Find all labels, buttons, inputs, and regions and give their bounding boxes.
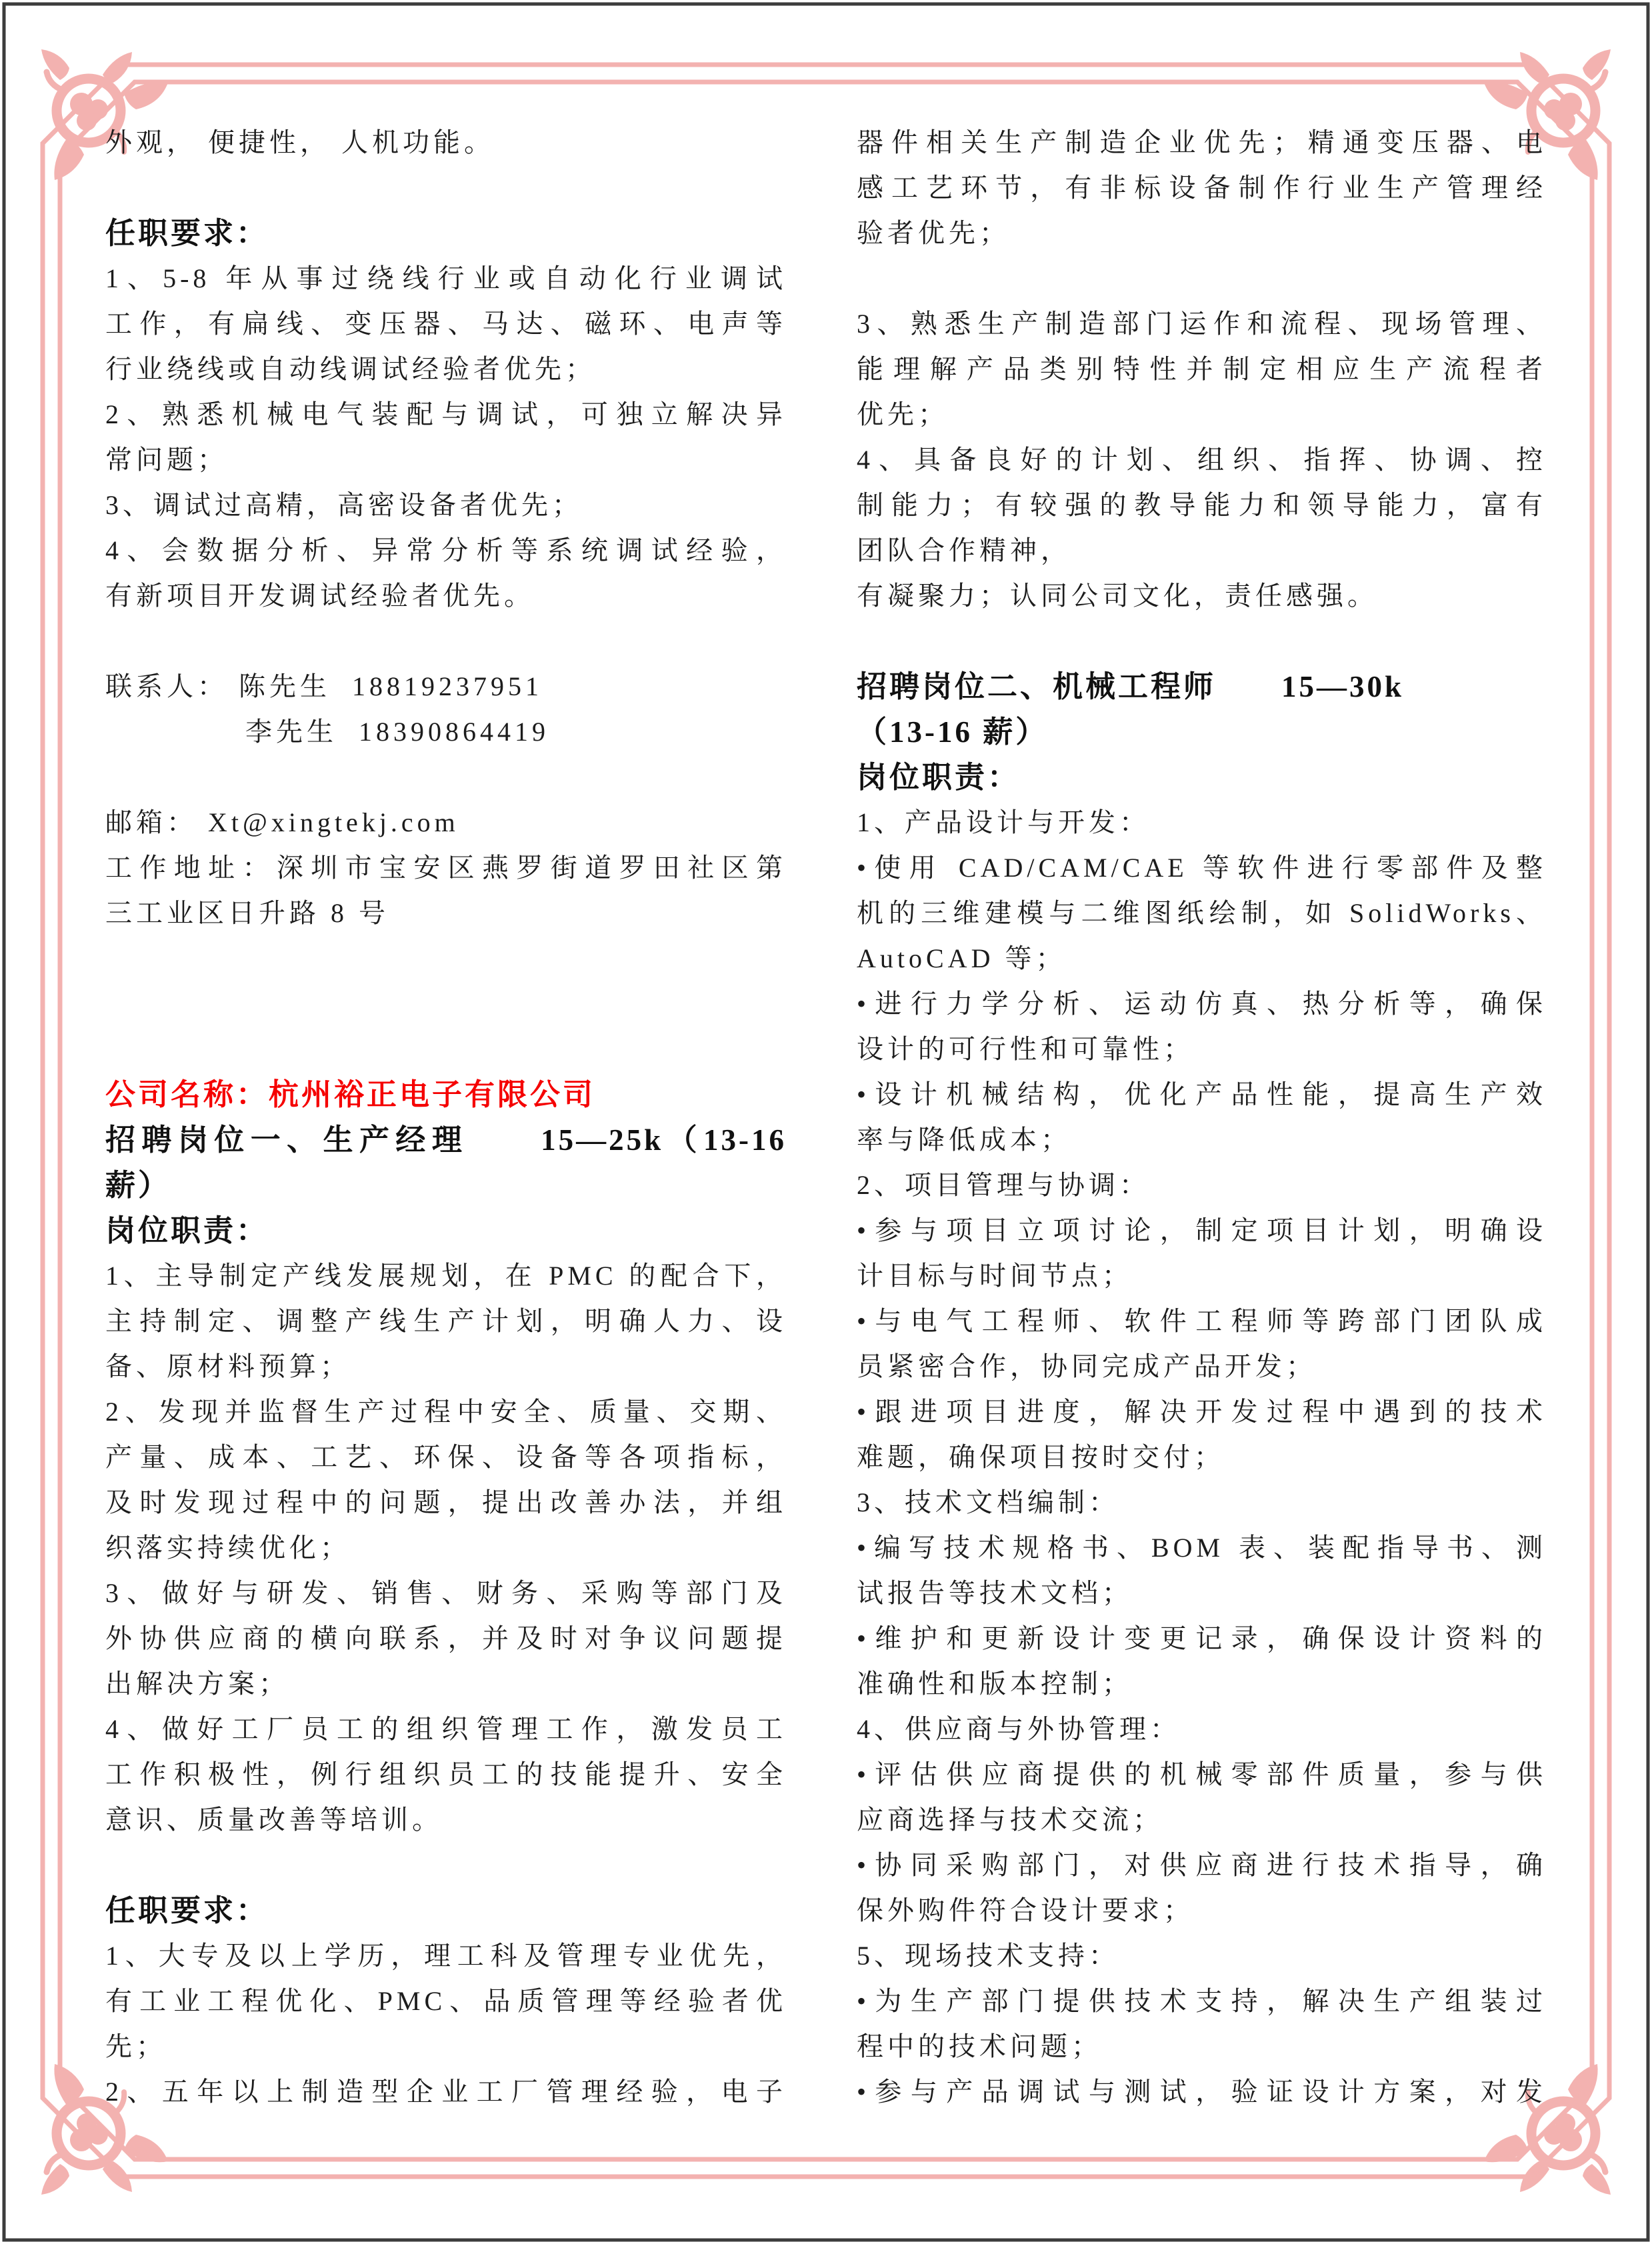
text-line: 4、做好工厂员工的组织管理工作，激发员工 (105, 1707, 787, 1752)
text-line: 招聘岗位二、机械工程师 15—30k (857, 664, 1547, 709)
text-line: •编写技术规格书、BOM 表、装配指导书、测 (857, 1525, 1547, 1571)
document-page: 外观， 便捷性， 人机功能。 任职要求：1、5-8 年从事过绕线行业或自动化行业… (0, 0, 1652, 2244)
text-line: 联系人： 陈先生 18819237951 (105, 664, 787, 709)
text-line: 4、具备良好的计划、组织、指挥、协调、控 (857, 437, 1547, 483)
text-line: •维护和更新设计变更记录，确保设计资料的 (857, 1616, 1547, 1661)
text-line: •为生产部门提供技术支持，解决生产组装过 (857, 1979, 1547, 2024)
blank-line (857, 256, 1547, 301)
blank-line (105, 755, 787, 800)
text-line: •与电气工程师、软件工程师等跨部门团队成 (857, 1299, 1547, 1344)
text-line: 产量、成本、工艺、环保、设备等各项指标， (105, 1435, 787, 1480)
text-line: 难题，确保项目按时交付； (857, 1435, 1547, 1480)
text-line: 行业绕线或自动线调试经验者优先； (105, 347, 787, 392)
text-line: 器件相关生产制造企业优先；精通变压器、电 (857, 120, 1547, 165)
text-line: •评估供应商提供的机械零部件质量，参与供 (857, 1752, 1547, 1797)
blank-line (105, 165, 787, 211)
text-line: 4、会数据分析、异常分析等系统调试经验， (105, 528, 787, 573)
blank-line (105, 936, 787, 981)
text-line: 3、做好与研发、销售、财务、采购等部门及 (105, 1571, 787, 1616)
text-line: 3、调试过高精，高密设备者优先； (105, 483, 787, 528)
text-line: 常问题； (105, 437, 787, 483)
text-line: 岗位职责： (857, 755, 1547, 800)
text-line: 率与降低成本； (857, 1117, 1547, 1163)
text-line: •进行力学分析、运动仿真、热分析等，确保 (857, 981, 1547, 1027)
text-line: 出解决方案； (105, 1661, 787, 1707)
text-line: AutoCAD 等； (857, 936, 1547, 981)
text-line: 岗位职责： (105, 1208, 787, 1253)
text-line: 程中的技术问题； (857, 2024, 1547, 2069)
text-line: 员紧密合作，协同完成产品开发； (857, 1344, 1547, 1389)
blank-line (105, 1027, 787, 1072)
right-column: 器件相关生产制造企业优先；精通变压器、电感工艺环节，有非标设备制作行业生产管理经… (857, 120, 1547, 2115)
text-line: 工作地址：深圳市宝安区燕罗街道罗田社区第 (105, 845, 787, 891)
text-line: （13-16 薪） (857, 709, 1547, 755)
blank-line (105, 981, 787, 1027)
text-line: 有凝聚力；认同公司文化，责任感强。 (857, 573, 1547, 619)
text-line: 外协供应商的横向联系，并及时对争议问题提 (105, 1616, 787, 1661)
blank-line (857, 619, 1547, 664)
text-line: •设计机械结构，优化产品性能，提高生产效 (857, 1072, 1547, 1117)
text-line: 1、5-8 年从事过绕线行业或自动化行业调试 (105, 256, 787, 301)
text-line: 计目标与时间节点； (857, 1253, 1547, 1299)
text-line: 薪） (105, 1163, 787, 1208)
text-line: 有工业工程优化、PMC、品质管理等经验者优 (105, 1979, 787, 2024)
text-line: 1、产品设计与开发： (857, 800, 1547, 845)
text-line: 2、五年以上制造型企业工厂管理经验，电子 (105, 2069, 787, 2115)
text-line: 1、大专及以上学历，理工科及管理专业优先， (105, 1933, 787, 1979)
text-line: 有新项目开发调试经验者优先。 (105, 573, 787, 619)
text-line: 任职要求： (105, 211, 787, 256)
text-line: 任职要求： (105, 1888, 787, 1933)
text-line: 2、项目管理与协调： (857, 1163, 1547, 1208)
text-line: 公司名称：杭州裕正电子有限公司 (105, 1072, 787, 1117)
text-line: 意识、质量改善等培训。 (105, 1797, 787, 1843)
text-line: 4、供应商与外协管理： (857, 1707, 1547, 1752)
text-line: 团队合作精神， (857, 528, 1547, 573)
text-line: 2、熟悉机械电气装配与调试，可独立解决异 (105, 392, 787, 437)
text-line: 准确性和版本控制； (857, 1661, 1547, 1707)
text-line: 备、原材料预算； (105, 1344, 787, 1389)
text-line: 优先； (857, 392, 1547, 437)
text-line: 及时发现过程中的问题，提出改善办法，并组 (105, 1480, 787, 1525)
text-line: 应商选择与技术交流； (857, 1797, 1547, 1843)
text-line: 1、主导制定产线发展规划，在 PMC 的配合下， (105, 1253, 787, 1299)
text-line: 工作积极性，例行组织员工的技能提升、安全 (105, 1752, 787, 1797)
text-line: •参与项目立项讨论，制定项目计划，明确设 (857, 1208, 1547, 1253)
text-line: 招聘岗位一、生产经理 15—25k（13-16 (105, 1117, 787, 1163)
text-line: 邮箱： Xt@xingtekj.com (105, 800, 787, 845)
blank-line (105, 1843, 787, 1888)
text-line: 感工艺环节，有非标设备制作行业生产管理经 (857, 165, 1547, 211)
text-line: •跟进项目进度，解决开发过程中遇到的技术 (857, 1389, 1547, 1435)
text-line: 机的三维建模与二维图纸绘制，如 SolidWorks、 (857, 891, 1547, 936)
text-line: 验者优先； (857, 211, 1547, 256)
text-line: •协同采购部门，对供应商进行技术指导，确 (857, 1843, 1547, 1888)
text-line: 能理解产品类别特性并制定相应生产流程者 (857, 347, 1547, 392)
text-line: 5、现场技术支持： (857, 1933, 1547, 1979)
text-line: 李先生 18390864419 (105, 709, 787, 755)
text-line: 制能力；有较强的教导能力和领导能力，富有 (857, 483, 1547, 528)
text-line: 先； (105, 2024, 787, 2069)
text-line: 2、发现并监督生产过程中安全、质量、交期、 (105, 1389, 787, 1435)
text-line: 工作，有扁线、变压器、马达、磁环、电声等 (105, 301, 787, 347)
blank-line (105, 619, 787, 664)
text-line: 外观， 便捷性， 人机功能。 (105, 120, 787, 165)
text-line: 设计的可行性和可靠性； (857, 1027, 1547, 1072)
text-line: 织落实持续优化； (105, 1525, 787, 1571)
text-line: 3、熟悉生产制造部门运作和流程、现场管理、 (857, 301, 1547, 347)
text-line: 主持制定、调整产线生产计划，明确人力、设 (105, 1299, 787, 1344)
text-line: 三工业区日升路 8 号 (105, 891, 787, 936)
left-column: 外观， 便捷性， 人机功能。 任职要求：1、5-8 年从事过绕线行业或自动化行业… (105, 120, 787, 2115)
text-line: 3、技术文档编制： (857, 1480, 1547, 1525)
text-line: 试报告等技术文档； (857, 1571, 1547, 1616)
text-line: •使用 CAD/CAM/CAE 等软件进行零部件及整 (857, 845, 1547, 891)
text-line: 保外购件符合设计要求； (857, 1888, 1547, 1933)
text-line: •参与产品调试与测试，验证设计方案，对发 (857, 2069, 1547, 2115)
